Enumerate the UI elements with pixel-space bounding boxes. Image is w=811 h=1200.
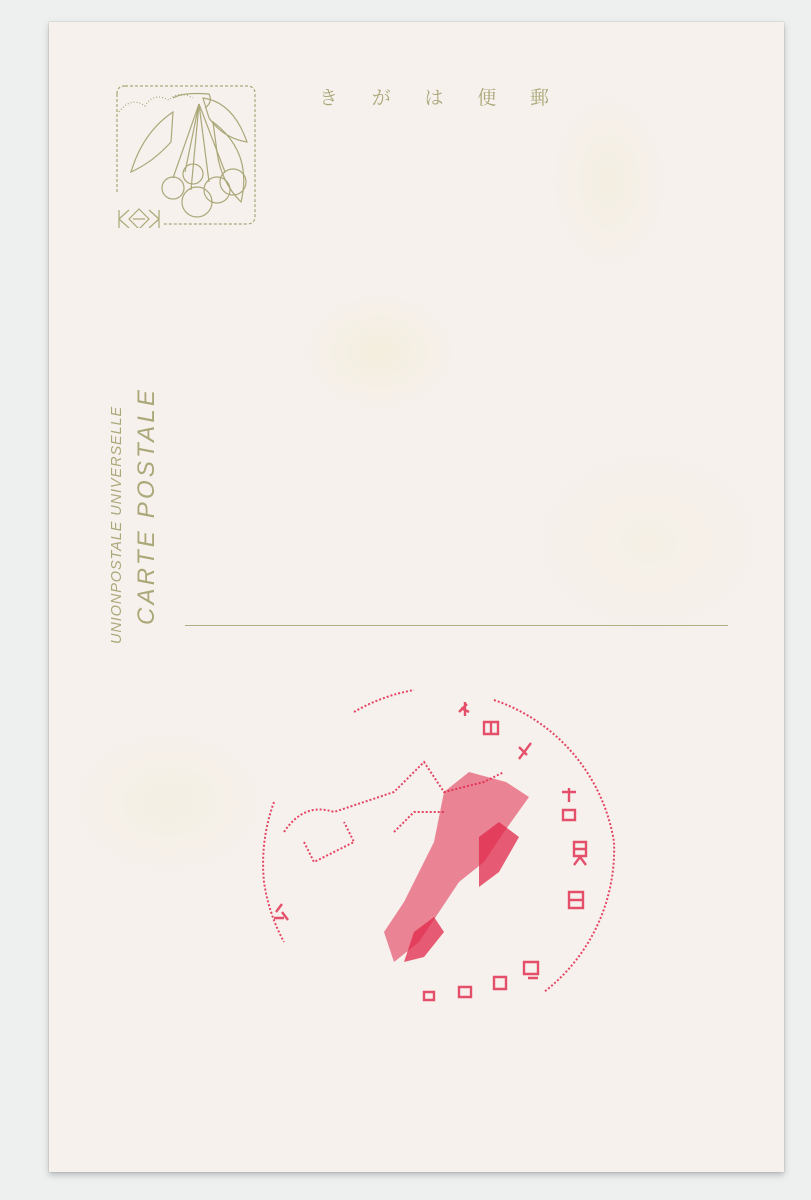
header-char: は	[424, 83, 443, 110]
union-postale-text: UNIONPOSTALE UNIVERSELLE	[109, 304, 125, 644]
cherry-stamp-icon	[113, 82, 259, 228]
header-char: き	[319, 83, 338, 110]
divider-line	[185, 625, 728, 626]
postcard-header: 郵 便 は が き	[319, 83, 549, 110]
postmark-icon	[244, 662, 634, 1052]
header-char: 郵	[530, 83, 549, 110]
header-char: が	[372, 83, 391, 110]
postcard: 郵 便 は が き UNIONPOSTALE UNIVERSELLE CARTE…	[49, 22, 784, 1172]
carte-postale-title: CARTE POSTALE	[133, 325, 161, 625]
header-char: 便	[477, 83, 496, 110]
